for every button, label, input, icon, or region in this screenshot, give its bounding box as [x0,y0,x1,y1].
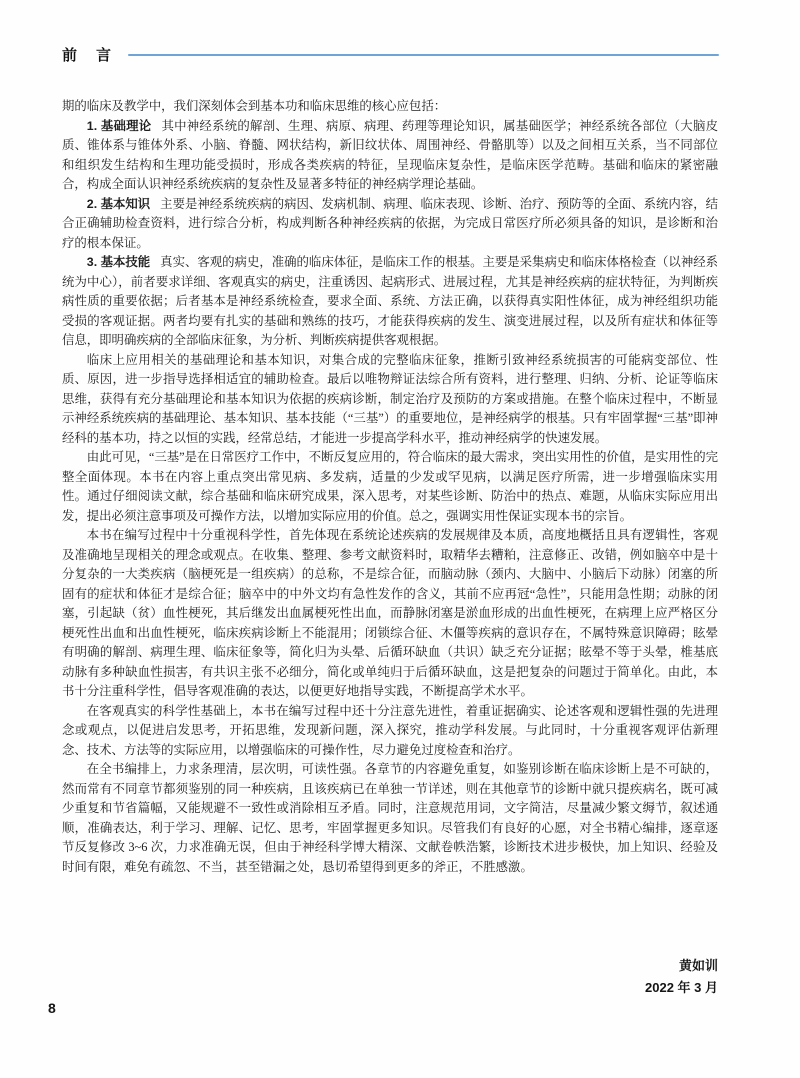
page-number: 8 [48,1000,56,1016]
paragraph-text: 主要是神经系统疾病的病因、发病机制、病理、临床表现、诊断、治疗、预防等的全面、系… [62,197,718,250]
paragraph-text: 本书在编写过程中十分重视科学性，首先体现在系统论述疾病的发展规律及本质，高度地概… [62,528,718,698]
signature-date: 2022 年 3 月 [645,977,718,999]
paragraph-item-2: 2. 基本知识主要是神经系统疾病的病因、发病机制、病理、临床表现、诊断、治疗、预… [62,195,718,254]
header-rule [128,54,719,56]
paragraph-continuation: 期的临床及教学中，我们深刻体会到基本功和临床思维的核心应包括： [62,97,718,117]
paragraph-arrangement: 在全书编排上，力求条理清，层次明，可读性强。各章节的内容避免重复，如鉴别诊断在临… [62,760,718,877]
paragraph-text: 期的临床及教学中，我们深刻体会到基本功和临床思维的核心应包括： [62,99,446,113]
paragraph-scientific-rigor: 本书在编写过程中十分重视科学性，首先体现在系统论述疾病的发展规律及本质，高度地概… [62,526,718,702]
paragraph-label: 2. 基本知识 [87,197,150,211]
paragraph-text: 其中神经系统的解剖、生理、病原、病理、药理等理论知识，属基础医学；神经系统各部位… [62,119,718,192]
paragraph-text: 在客观真实的科学性基础上，本书在编写过程中还十分注意先进性，着重证据确实、论述客… [62,704,718,757]
paragraph-label: 1. 基础理论 [87,119,152,133]
paragraph-clinical-application: 临床上应用相关的基础理论和基本知识，对集合成的完整临床征象，推断引致神经系统损害… [62,351,718,449]
paragraph-text: 临床上应用相关的基础理论和基本知识，对集合成的完整临床征象，推断引致神经系统损害… [62,353,718,445]
paragraph-advancement: 在客观真实的科学性基础上，本书在编写过程中还十分注意先进性，着重证据确实、论述客… [62,702,718,761]
preface-body: 期的临床及教学中，我们深刻体会到基本功和临床思维的核心应包括： 1. 基础理论其… [62,97,718,877]
author-name: 黄如训 [645,955,718,977]
paragraph-text: 由此可见，“三基”是在日常医疗工作中，不断反复应用的，符合临床的最大需求，突出实… [62,450,718,523]
paragraph-practicality: 由此可见，“三基”是在日常医疗工作中，不断反复应用的，符合临床的最大需求，突出实… [62,448,718,526]
page-header: 前 言 [62,44,719,66]
paragraph-item-3: 3. 基本技能真实、客观的病史，准确的临床体征，是临床工作的根基。主要是采集病史… [62,253,718,351]
page-title: 前 言 [62,47,113,64]
paragraph-item-1: 1. 基础理论其中神经系统的解剖、生理、病原、病理、药理等理论知识，属基础医学；… [62,117,718,195]
paragraph-label: 3. 基本技能 [87,255,150,269]
paragraph-text: 真实、客观的病史，准确的临床体征，是临床工作的根基。主要是采集病史和临床体格检查… [62,255,718,347]
signature-block: 黄如训 2022 年 3 月 [645,955,718,999]
paragraph-text: 在全书编排上，力求条理清，层次明，可读性强。各章节的内容避免重复，如鉴别诊断在临… [62,762,718,874]
